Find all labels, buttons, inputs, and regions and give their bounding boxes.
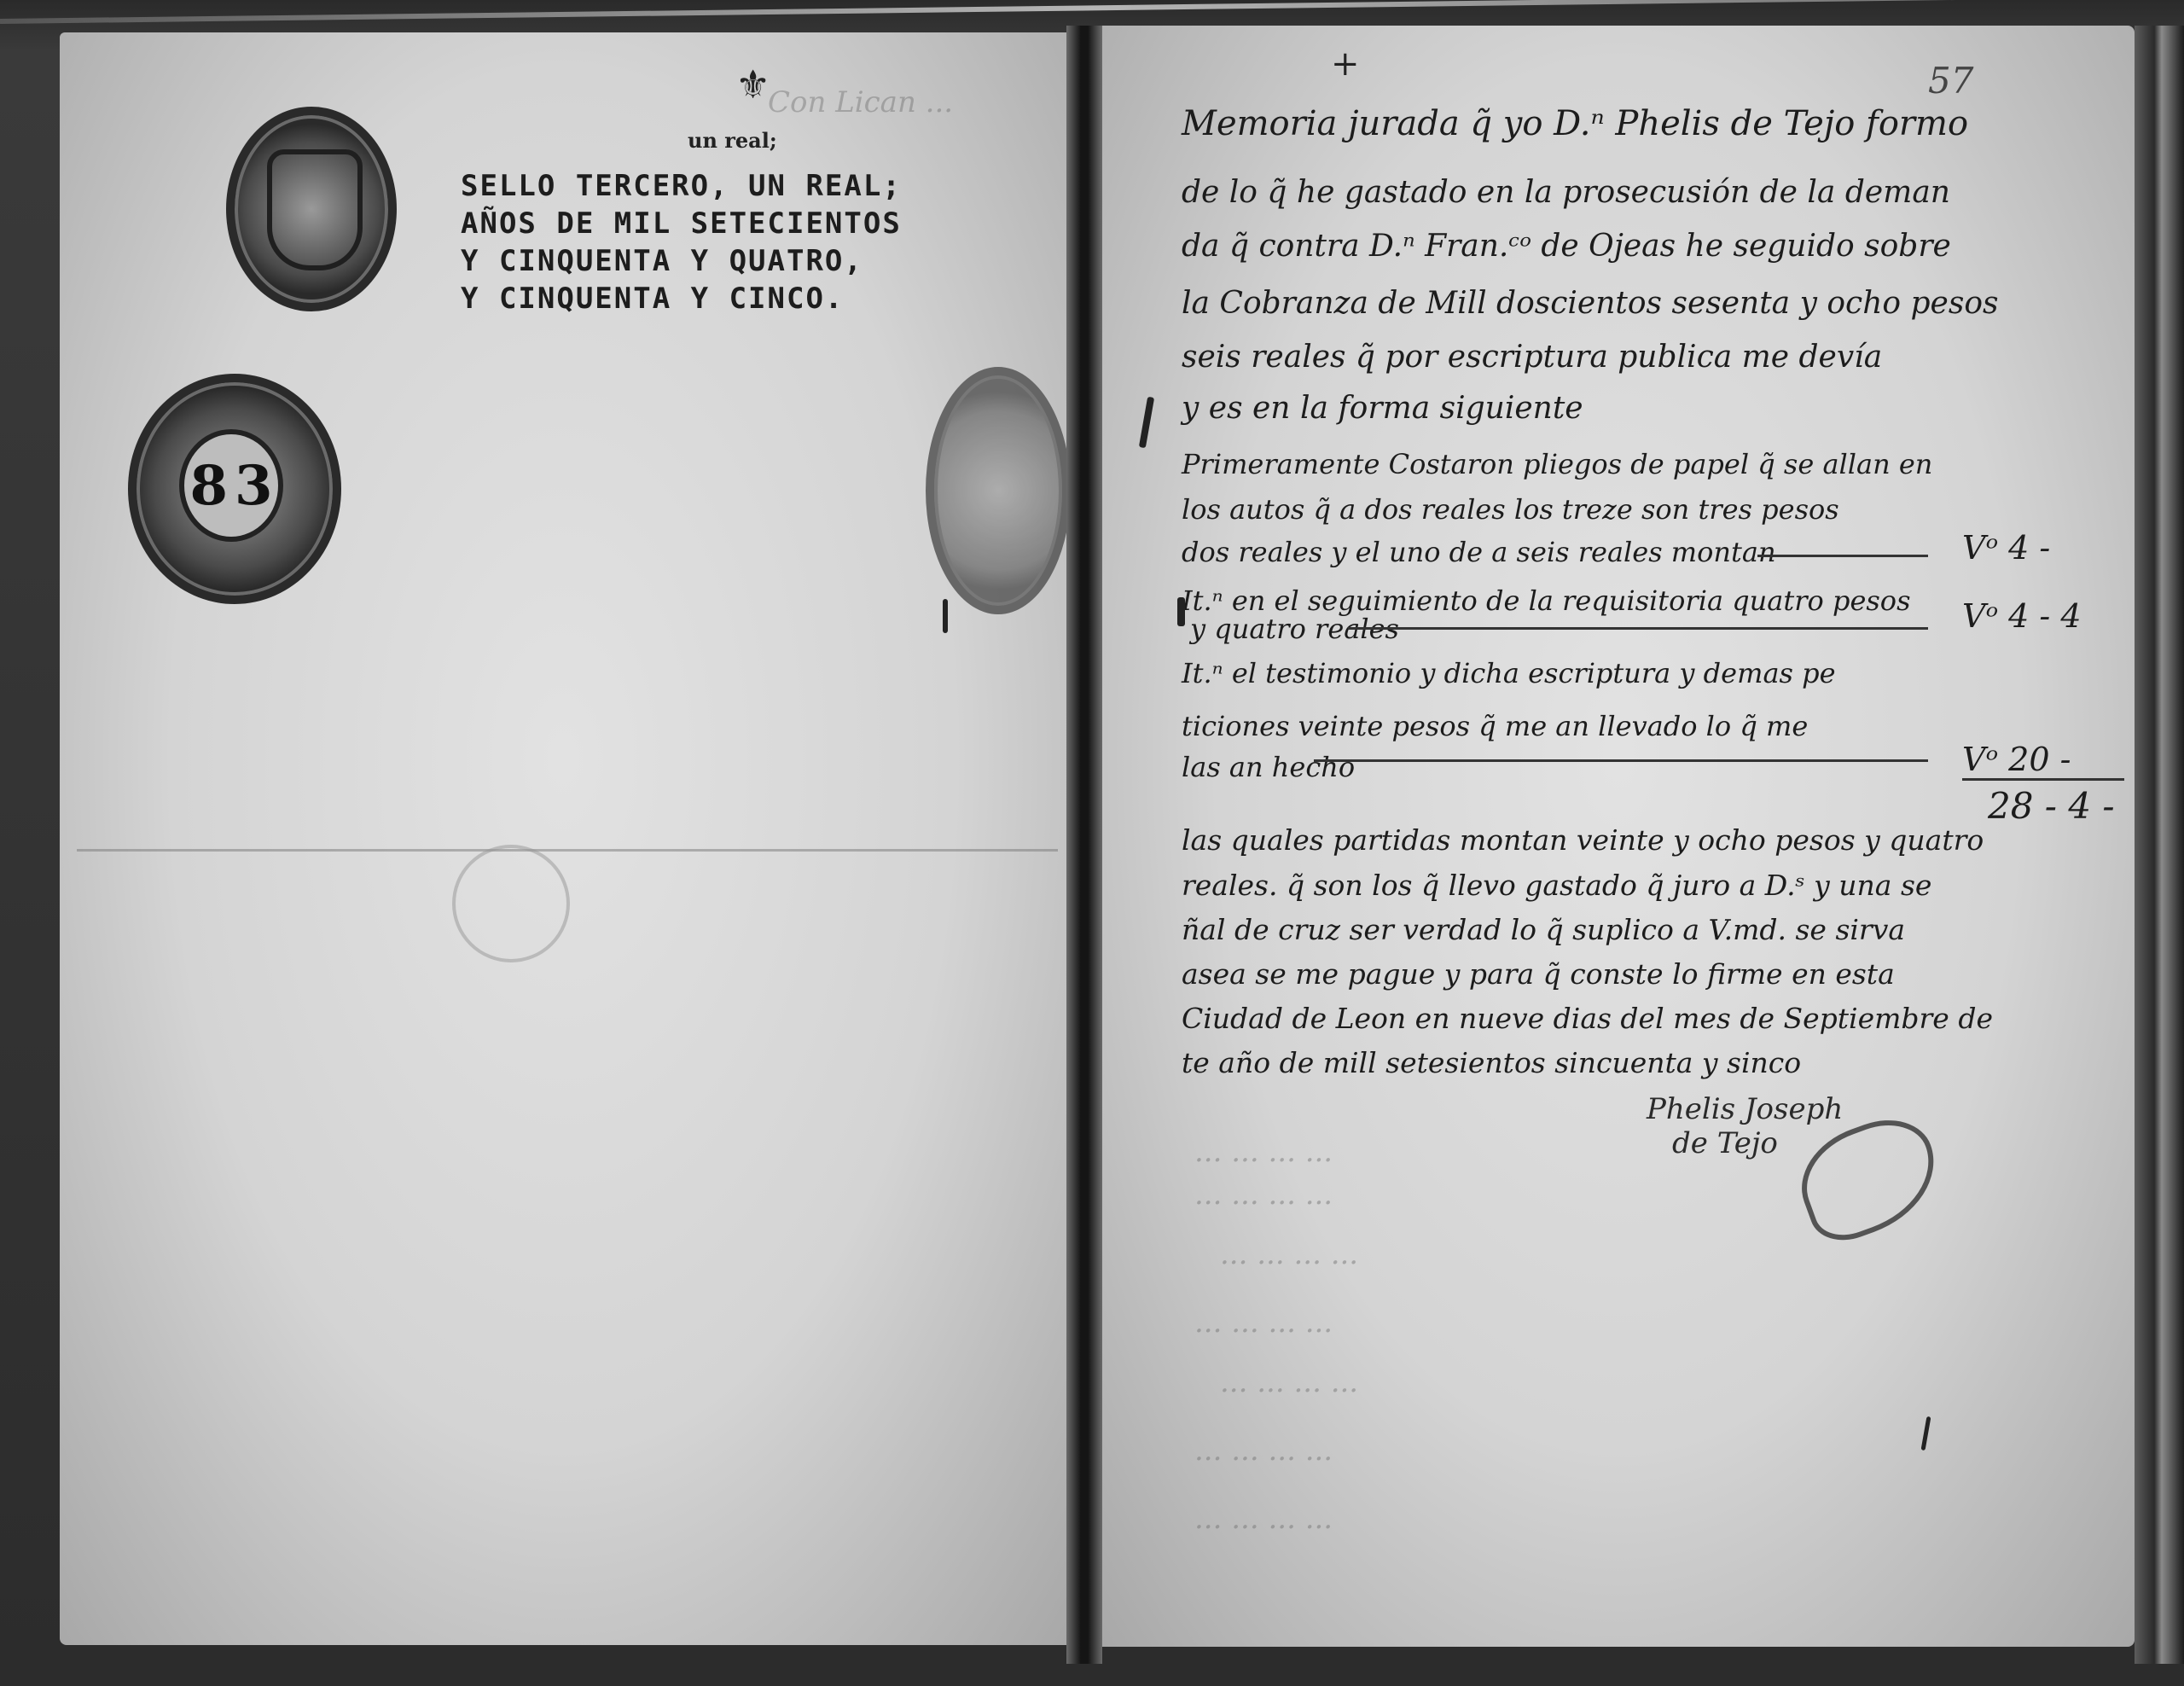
ink-mark [943,599,948,633]
paper-fold-line [77,849,1058,852]
folio-number: 57 [1928,60,1973,102]
closing-line: Ciudad de Leon en nueve dias del mes de … [1182,1002,1993,1035]
bleedthrough-line: ... ... ... ... [1194,1502,1333,1536]
intro-line: seis reales q̃ por escriptura publica me… [1182,340,1882,375]
stamp-line: Y CINQUENTA Y QUATRO, [461,242,902,280]
book-gutter [1066,26,1102,1664]
stamp-line: Y CINQUENTA Y CINCO. [461,280,902,317]
item-amount: Vᵒ 20 - [1962,741,2071,778]
closing-line: ñal de cruz ser verdad lo q̃ suplico a V… [1182,913,1905,946]
signature-line: Phelis Joseph [1647,1092,1843,1126]
bleedthrough-line: ... ... ... ... [1220,1237,1358,1271]
intro-line: la Cobranza de Mill doscientos sesenta y… [1182,286,1998,321]
item-line: ticiones veinte pesos q̃ me an llevado l… [1182,710,1808,742]
numbered-ink-seal: 8 3 [128,374,341,604]
sello-tercero-stamp-text: SELLO TERCERO, UN REAL; AÑOS DE MIL SETE… [461,167,902,317]
bleedthrough-line: ... ... ... ... [1194,1177,1333,1212]
item-line: Primeramente Costaron pliegos de papel q… [1182,448,1932,480]
intro-line: da q̃ contra D.ⁿ Fran.ᶜᵒ de Ojeas he seg… [1182,229,1951,264]
fleur-de-lis-icon: ⚜ [735,61,770,108]
total-amount: 28 - 4 - [1988,785,2115,827]
stamp-denomination: un real; [688,128,777,153]
intro-line: y es en la forma siguiente [1182,391,1583,426]
item-line: los autos q̃ a dos reales los treze son … [1182,493,1839,526]
seal-digit: 8 [189,454,228,518]
page-edge-binding [2135,26,2184,1664]
closing-line: las quales partidas montan veinte y ocho… [1182,823,1984,857]
closing-line: te año de mill setesientos sincuenta y s… [1182,1046,1801,1079]
crest-shield-icon [267,149,363,270]
item-amount: Vᵒ 4 - [1962,529,2050,567]
item-amount: Vᵒ 4 - 4 [1962,597,2082,635]
signature: Phelis Joseph de Tejo [1647,1092,1843,1160]
bleedthrough-line: ... ... ... ... [1194,1433,1333,1468]
bleedthrough-line: ... ... ... ... [1194,1305,1333,1340]
item-line: It.ⁿ el testimonio y dicha escriptura y … [1182,657,1836,689]
intro-line: Memoria jurada q̃ yo D.ⁿ Phelis de Tejo … [1182,104,1968,143]
bleedthrough-line: ... ... ... ... [1220,1365,1358,1399]
bleedthrough-text: Con Lican ... [768,85,953,119]
stamp-line: AÑOS DE MIL SETECIENTOS [461,205,902,242]
royal-crest-seal [226,107,397,311]
sum-rule [1962,778,2124,781]
leader-line [1314,759,1928,762]
stamp-line: SELLO TERCERO, UN REAL; [461,167,902,205]
faint-ink-seal [926,367,1071,614]
leader-line [1348,627,1928,630]
closing-line: reales. q̃ son los q̃ llevo gastado q̃ j… [1182,869,1931,902]
item-line: las an hecho [1182,751,1355,783]
intro-line: de lo q̃ he gastado en la prosecusión de… [1182,175,1950,210]
item-line: dos reales y el uno de a seis reales mon… [1182,536,1776,568]
paper-watermark [452,845,570,962]
closing-line: asea se me pague y para q̃ conste lo fir… [1182,957,1895,991]
leader-line [1757,555,1928,557]
cross-mark-icon: + [1331,44,1360,84]
bleedthrough-line: ... ... ... ... [1194,1135,1333,1169]
seal-digit: 3 [235,454,273,518]
seal-center: 8 3 [179,429,283,542]
margin-ink-mark [1177,597,1185,626]
